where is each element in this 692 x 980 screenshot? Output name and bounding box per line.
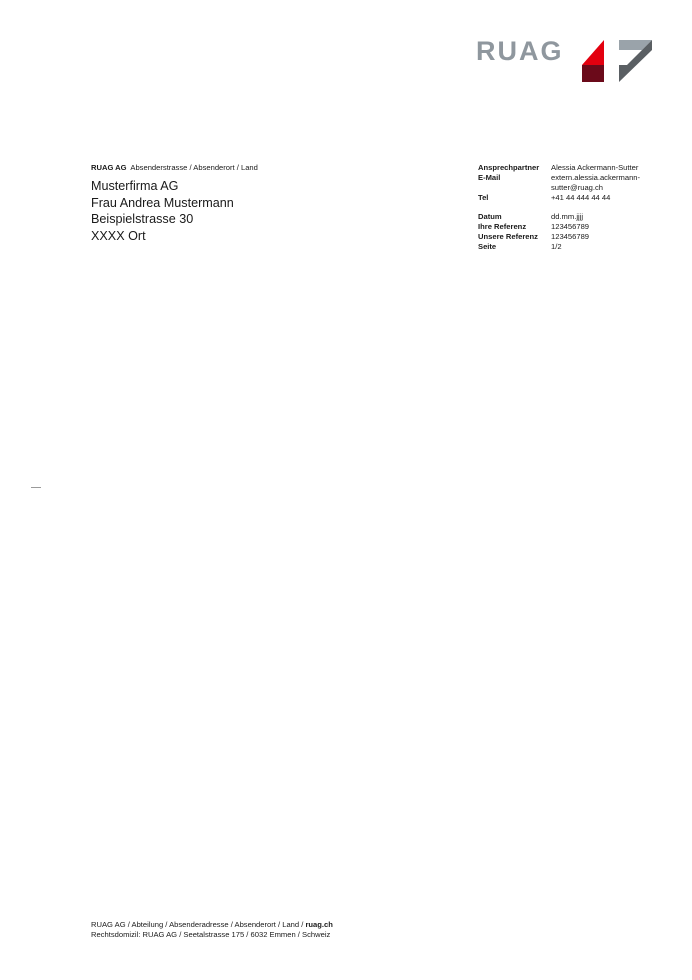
contact-person-row: Ansprechpartner Alessia Ackermann-Sutter: [478, 163, 656, 173]
your-reference-label: Ihre Referenz: [478, 222, 551, 232]
our-reference-label: Unsere Referenz: [478, 232, 551, 242]
contact-person-label: Ansprechpartner: [478, 163, 551, 173]
page-row: Seite 1/2: [478, 242, 656, 252]
our-reference-value: 123456789: [551, 232, 656, 242]
recipient-line: Beispielstrasse 30: [91, 211, 234, 228]
sender-address: Absenderstrasse / Absenderort / Land: [130, 163, 257, 172]
email-value-line1: extern.alessia.ackermann-: [551, 173, 640, 182]
letter-info-block: Ansprechpartner Alessia Ackermann-Sutter…: [478, 163, 656, 252]
email-value-line2: sutter@ruag.ch: [551, 183, 603, 192]
date-label: Datum: [478, 212, 551, 222]
your-reference-value: 123456789: [551, 222, 656, 232]
date-row: Datum dd.mm.jjjj: [478, 212, 656, 222]
email-row: E-Mail extern.alessia.ackermann- sutter@…: [478, 173, 656, 193]
email-value[interactable]: extern.alessia.ackermann- sutter@ruag.ch: [551, 173, 656, 193]
page-value: 1/2: [551, 242, 656, 252]
phone-label: Tel: [478, 193, 551, 203]
page-label: Seite: [478, 242, 551, 252]
phone-row: Tel +41 44 444 44 44: [478, 193, 656, 203]
date-value: dd.mm.jjjj: [551, 212, 656, 222]
your-reference-row: Ihre Referenz 123456789: [478, 222, 656, 232]
recipient-address: Musterfirma AG Frau Andrea Mustermann Be…: [91, 178, 234, 244]
sender-company: RUAG AG: [91, 163, 127, 172]
logo-wordmark: RUAG: [476, 38, 564, 65]
recipient-line: Musterfirma AG: [91, 178, 234, 195]
footer-line-1: RUAG AG / Abteilung / Absenderadresse / …: [91, 920, 333, 930]
footer-address: RUAG AG / Abteilung / Absenderadresse / …: [91, 920, 305, 929]
footer-line-2: Rechtsdomizil: RUAG AG / Seetalstrasse 1…: [91, 930, 333, 940]
recipient-line: XXXX Ort: [91, 228, 234, 245]
email-label: E-Mail: [478, 173, 551, 193]
ruag-swiss-cross-logo-icon: [582, 40, 652, 82]
our-reference-row: Unsere Referenz 123456789: [478, 232, 656, 242]
sender-return-line: RUAG AG Absenderstrasse / Absenderort / …: [91, 163, 258, 173]
letter-footer: RUAG AG / Abteilung / Absenderadresse / …: [91, 920, 333, 940]
contact-person-value: Alessia Ackermann-Sutter: [551, 163, 656, 173]
phone-value: +41 44 444 44 44: [551, 193, 656, 203]
footer-website-link[interactable]: ruag.ch: [305, 920, 332, 929]
recipient-line: Frau Andrea Mustermann: [91, 195, 234, 212]
fold-mark: [31, 487, 41, 488]
